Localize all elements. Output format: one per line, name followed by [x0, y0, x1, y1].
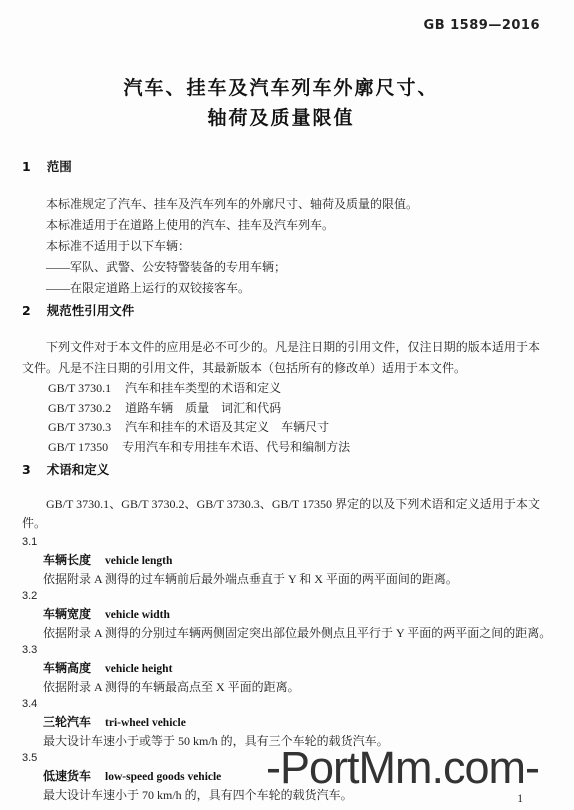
scope-paragraph: 本标准不适用于以下车辆： — [22, 236, 540, 257]
term-name-en: vehicle height — [105, 660, 172, 678]
section-1-number: 1 — [22, 159, 31, 175]
scope-paragraph: 本标准适用于在道路上使用的汽车、挂车及汽车列车。 — [22, 215, 540, 236]
section-2-number: 2 — [22, 303, 31, 319]
section-2-title: 规范性引用文件 — [47, 303, 135, 319]
section-1-title: 范围 — [47, 159, 72, 175]
terms-intro: GB/T 3730.1、GB/T 3730.2、GB/T 3730.3、GB/T… — [22, 495, 540, 533]
term-name-row: 车辆宽度 vehicle width — [22, 605, 540, 624]
term-name-row: 车辆长度 vehicle length — [22, 551, 540, 570]
term-item: 3.2 车辆宽度 vehicle width 依据附录 A 测得的分别过车辆两侧… — [22, 587, 540, 641]
standard-number: GB 1589—2016 — [22, 19, 540, 33]
term-name-zh: 车辆高度 — [43, 659, 91, 677]
term-name-en: tri-wheel vehicle — [105, 714, 186, 732]
term-name-row: 车辆高度 vehicle height — [22, 659, 540, 678]
section-1-body: 本标准规定了汽车、挂车及汽车列车的外廓尺寸、轴荷及质量的限值。 本标准适用于在道… — [22, 194, 540, 299]
reference-code: GB/T 3730.2 — [48, 399, 111, 419]
reference-title: 汽车和挂车类型的术语和定义 — [125, 379, 281, 399]
reference-title: 道路车辆 质量 词汇和代码 — [125, 399, 281, 419]
normative-references-list: GB/T 3730.1 汽车和挂车类型的术语和定义 GB/T 3730.2 道路… — [22, 379, 540, 457]
reference-code: GB/T 17350 — [48, 438, 108, 458]
term-name-en: low-speed goods vehicle — [105, 768, 221, 786]
term-item: 3.3 车辆高度 vehicle height 依据附录 A 测得的车辆最高点至… — [22, 641, 540, 695]
page-content: GB 1589—2016 汽车、挂车及汽车列车外廓尺寸、 轴荷及质量限值 1 范… — [0, 0, 574, 803]
section-3-title: 术语和定义 — [47, 462, 110, 478]
term-item: 3.1 车辆长度 vehicle length 依据附录 A 测得的过车辆前后最… — [22, 533, 540, 587]
term-number: 3.2 — [22, 587, 540, 605]
watermark: -PortMm.com- — [266, 744, 539, 792]
scope-paragraph: 本标准规定了汽车、挂车及汽车列车的外廓尺寸、轴荷及质量的限值。 — [22, 194, 540, 215]
term-definition: 依据附录 A 测得的分别过车辆两侧固定突出部位最外侧点且平行于 Y 平面的两平面… — [22, 624, 540, 642]
document-title-line2: 轴荷及质量限值 — [22, 103, 540, 133]
reference-item: GB/T 3730.3 汽车和挂车的术语及其定义 车辆尺寸 — [22, 418, 540, 438]
term-name-zh: 车辆宽度 — [43, 605, 91, 623]
term-number: 3.4 — [22, 695, 540, 713]
section-1-heading: 1 范围 — [22, 159, 540, 175]
section-3-number: 3 — [22, 462, 31, 478]
reference-item: GB/T 17350 专用汽车和专用挂车术语、代号和编制方法 — [22, 438, 540, 458]
term-name-en: vehicle length — [105, 552, 172, 570]
term-definition: 依据附录 A 测得的过车辆前后最外端点垂直于 Y 和 X 平面的两平面间的距离。 — [22, 570, 540, 588]
term-name-zh: 车辆长度 — [43, 551, 91, 569]
term-item: 3.4 三轮汽车 tri-wheel vehicle 最大设计车速小于或等于 5… — [22, 695, 540, 749]
document-title: 汽车、挂车及汽车列车外廓尺寸、 轴荷及质量限值 — [22, 73, 540, 133]
section-3-heading: 3 术语和定义 — [22, 462, 540, 478]
reference-code: GB/T 3730.1 — [48, 379, 111, 399]
normative-references-intro: 下列文件对于本文件的应用是必不可少的。凡是注日期的引用文件，仅注日期的版本适用于… — [22, 337, 540, 379]
scope-exclusion-item: ——军队、武警、公安特警装备的专用车辆； — [22, 257, 540, 278]
term-name-zh: 低速货车 — [43, 767, 91, 785]
term-number: 3.3 — [22, 641, 540, 659]
document-page: GB 1589—2016 汽车、挂车及汽车列车外廓尺寸、 轴荷及质量限值 1 范… — [0, 0, 574, 810]
term-definition: 依据附录 A 测得的车辆最高点至 X 平面的距离。 — [22, 678, 540, 696]
reference-title: 汽车和挂车的术语及其定义 车辆尺寸 — [125, 418, 329, 438]
document-title-line1: 汽车、挂车及汽车列车外廓尺寸、 — [22, 73, 540, 103]
section-2-heading: 2 规范性引用文件 — [22, 303, 540, 319]
term-name-zh: 三轮汽车 — [43, 713, 91, 731]
reference-item: GB/T 3730.1 汽车和挂车类型的术语和定义 — [22, 379, 540, 399]
term-number: 3.1 — [22, 533, 540, 551]
scope-exclusion-item: ——在限定道路上运行的双铰接客车。 — [22, 278, 540, 299]
term-name-row: 三轮汽车 tri-wheel vehicle — [22, 713, 540, 732]
reference-item: GB/T 3730.2 道路车辆 质量 词汇和代码 — [22, 399, 540, 419]
reference-code: GB/T 3730.3 — [48, 418, 111, 438]
page-number: 1 — [517, 793, 523, 805]
term-name-en: vehicle width — [105, 606, 170, 624]
reference-title: 专用汽车和专用挂车术语、代号和编制方法 — [122, 438, 350, 458]
